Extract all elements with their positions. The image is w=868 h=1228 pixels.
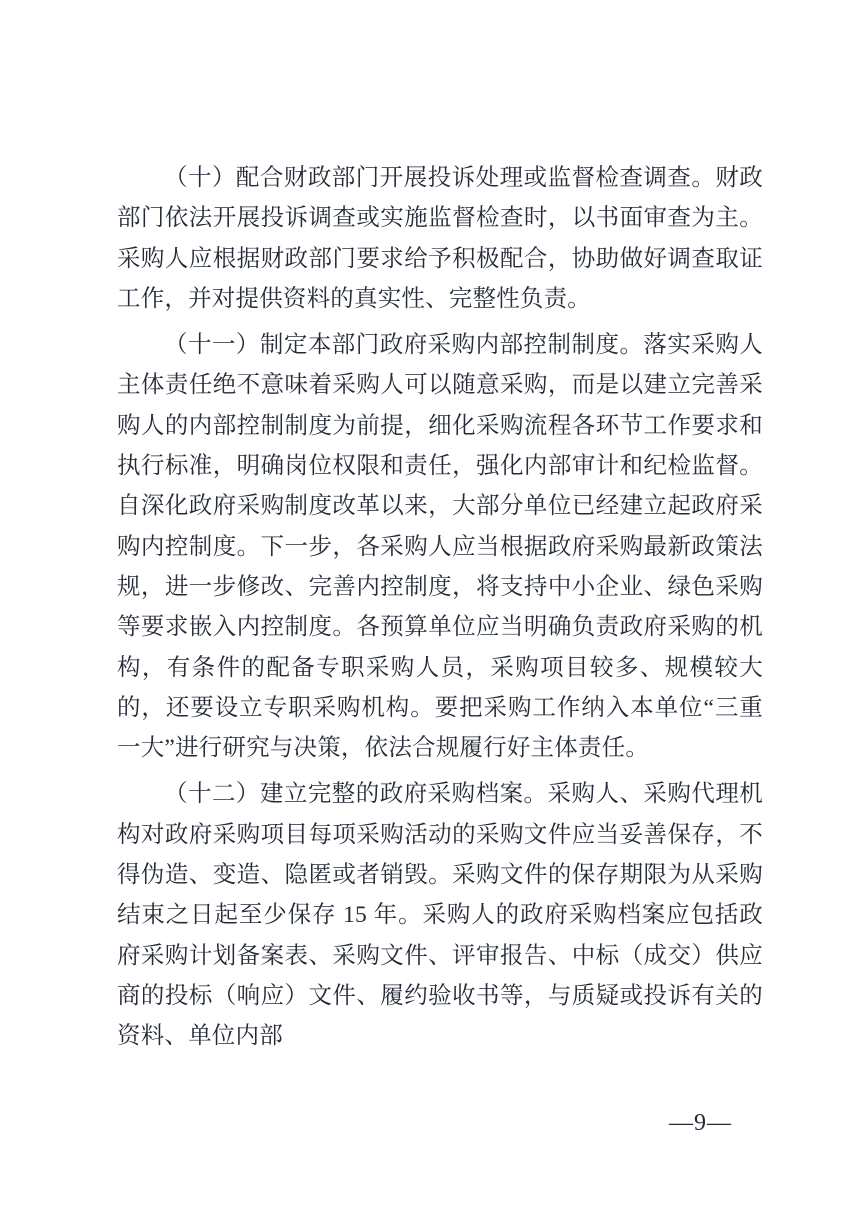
paragraph-item-11: （十一）制定本部门政府采购内部控制制度。落实采购人主体责任绝不意味着采购人可以随… <box>117 325 763 768</box>
document-page: （十）配合财政部门开展投诉处理或监督检查调查。财政部门依法开展投诉调查或实施监督… <box>0 0 868 1228</box>
document-body: （十）配合财政部门开展投诉处理或监督检查调查。财政部门依法开展投诉调查或实施监督… <box>117 158 763 1057</box>
paragraph-item-12: （十二）建立完整的政府采购档案。采购人、采购代理机构对政府采购项目每项采购活动的… <box>117 774 763 1056</box>
page-number: —9— <box>669 1110 732 1137</box>
paragraph-item-10: （十）配合财政部门开展投诉处理或监督检查调查。财政部门依法开展投诉调查或实施监督… <box>117 158 763 319</box>
